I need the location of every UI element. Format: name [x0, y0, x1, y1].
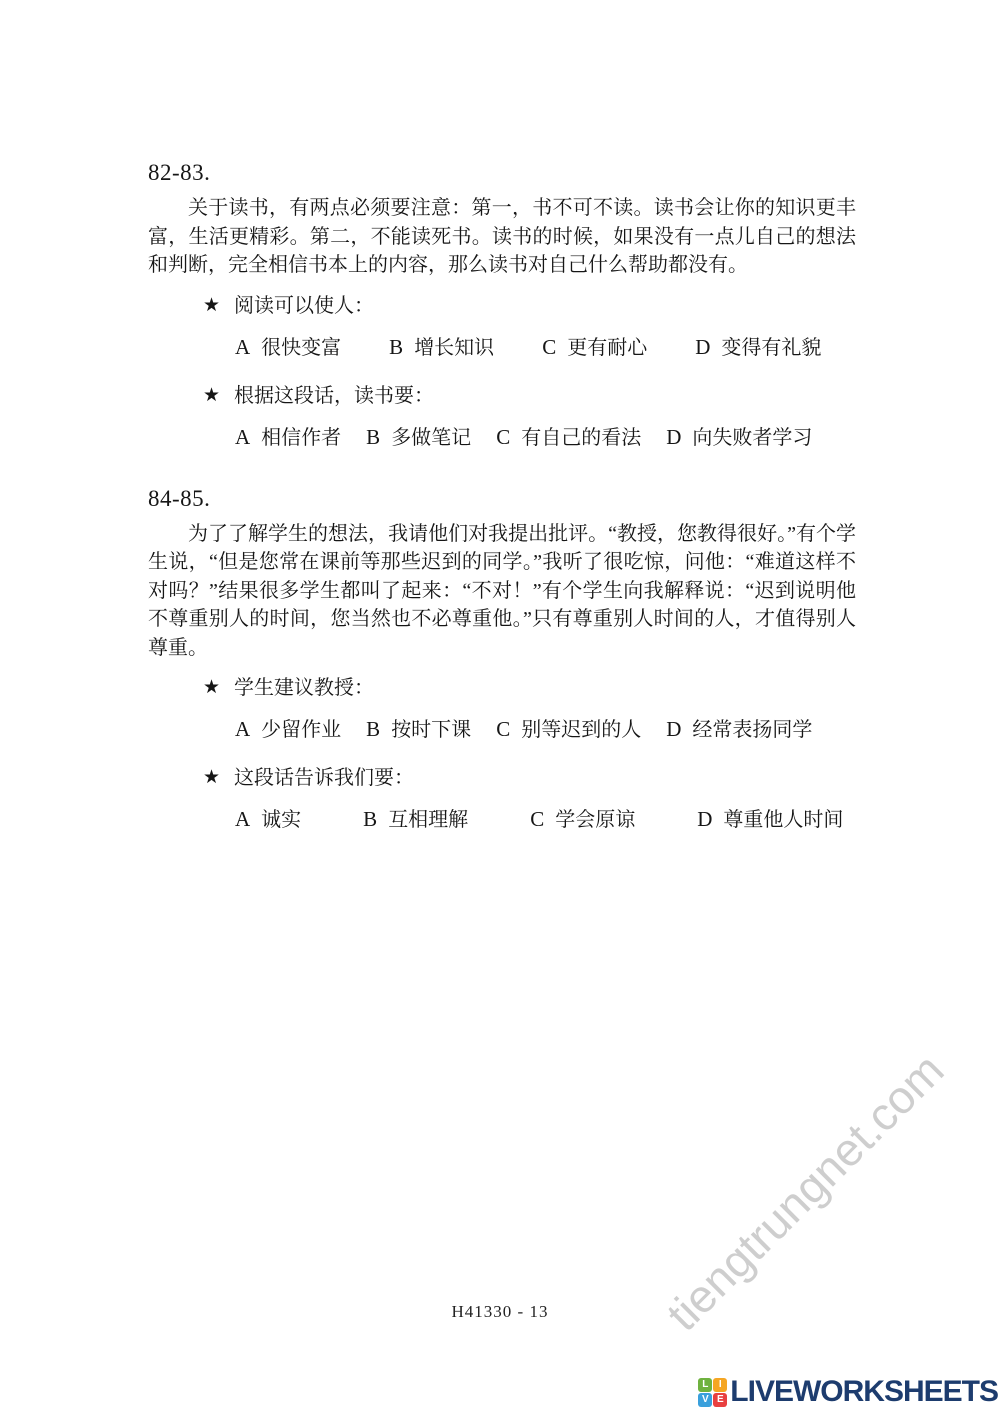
option-a[interactable]: A诚实 — [235, 807, 301, 832]
logo-tile-v: V — [698, 1393, 712, 1407]
question-82: ★阅读可以使人： A很快变富 B增长知识 C更有耐心 D变得有礼貌 — [148, 294, 856, 360]
option-label: A — [235, 717, 250, 741]
options-row: A少留作业 B按时下课 C别等迟到的人 D经常表扬同学 — [235, 717, 856, 742]
option-d[interactable]: D尊重他人时间 — [697, 807, 843, 832]
star-icon: ★ — [203, 767, 220, 788]
section-heading-82-83: 82-83. — [148, 160, 856, 186]
star-icon: ★ — [203, 677, 220, 698]
option-text: 少留作业 — [261, 719, 341, 741]
question-prompt: 学生建议教授： — [234, 677, 374, 699]
star-icon: ★ — [203, 295, 220, 316]
option-a[interactable]: A相信作者 — [235, 425, 341, 450]
option-text: 很快变富 — [261, 337, 341, 359]
option-label: C — [530, 807, 544, 831]
option-text: 尊重他人时间 — [723, 809, 843, 831]
option-a[interactable]: A少留作业 — [235, 717, 341, 742]
question-prompt: 这段话告诉我们要： — [234, 767, 414, 789]
option-label: D — [697, 807, 712, 831]
logo-tile-i: I — [713, 1378, 727, 1392]
logo-tile-l: L — [698, 1378, 712, 1392]
option-label: A — [235, 425, 250, 449]
options-row: A很快变富 B增长知识 C更有耐心 D变得有礼貌 — [235, 335, 856, 360]
option-b[interactable]: B互相理解 — [363, 807, 468, 832]
option-c[interactable]: C别等迟到的人 — [496, 717, 641, 742]
option-text: 相信作者 — [261, 427, 341, 449]
option-label: B — [366, 717, 380, 741]
option-label: D — [666, 717, 681, 741]
option-text: 别等迟到的人 — [521, 719, 641, 741]
option-text: 更有耐心 — [567, 337, 647, 359]
option-text: 学会原谅 — [555, 809, 635, 831]
option-text: 经常表扬同学 — [692, 719, 812, 741]
options-row: A相信作者 B多做笔记 C有自己的看法 D向失败者学习 — [235, 425, 856, 450]
option-d[interactable]: D变得有礼貌 — [695, 335, 821, 360]
page-footer-code: H41330 - 13 — [0, 1302, 1000, 1322]
option-text: 诚实 — [261, 809, 301, 831]
liveworksheets-grid-icon: L I V E — [698, 1378, 727, 1407]
option-label: D — [695, 335, 710, 359]
question-85: ★这段话告诉我们要： A诚实 B互相理解 C学会原谅 D尊重他人时间 — [148, 766, 856, 832]
option-text: 变得有礼貌 — [721, 337, 821, 359]
question-83: ★根据这段话，读书要： A相信作者 B多做笔记 C有自己的看法 D向失败者学习 — [148, 384, 856, 450]
option-d[interactable]: D经常表扬同学 — [666, 717, 812, 742]
logo-tile-e: E — [713, 1393, 727, 1407]
option-text: 有自己的看法 — [521, 427, 641, 449]
passage-82-83: 关于读书，有两点必须要注意：第一，书不可不读。读书会让你的知识更丰富，生活更精彩… — [148, 194, 856, 280]
question-prompt: 阅读可以使人： — [234, 295, 374, 317]
option-label: C — [542, 335, 556, 359]
option-text: 多做笔记 — [391, 427, 471, 449]
option-text: 按时下课 — [391, 719, 471, 741]
option-b[interactable]: B多做笔记 — [366, 425, 471, 450]
liveworksheets-wordmark: LIVEWORKSHEETS — [730, 1375, 998, 1409]
passage-84-85: 为了了解学生的想法，我请他们对我提出批评。“教授，您教得很好。”有个学生说，“但… — [148, 520, 856, 663]
question-prompt: 根据这段话，读书要： — [234, 385, 434, 407]
option-c[interactable]: C更有耐心 — [542, 335, 647, 360]
option-label: D — [666, 425, 681, 449]
option-d[interactable]: D向失败者学习 — [666, 425, 812, 450]
option-b[interactable]: B增长知识 — [389, 335, 494, 360]
option-b[interactable]: B按时下课 — [366, 717, 471, 742]
option-c[interactable]: C学会原谅 — [530, 807, 635, 832]
section-heading-84-85: 84-85. — [148, 486, 856, 512]
worksheet-content: 82-83. 关于读书，有两点必须要注意：第一，书不可不读。读书会让你的知识更丰… — [148, 160, 856, 832]
option-label: C — [496, 425, 510, 449]
option-text: 增长知识 — [414, 337, 494, 359]
liveworksheets-logo[interactable]: L I V E LIVEWORKSHEETS — [698, 1375, 998, 1409]
option-label: A — [235, 335, 250, 359]
option-label: A — [235, 807, 250, 831]
options-row: A诚实 B互相理解 C学会原谅 D尊重他人时间 — [235, 807, 856, 832]
option-a[interactable]: A很快变富 — [235, 335, 341, 360]
option-text: 互相理解 — [388, 809, 468, 831]
star-icon: ★ — [203, 385, 220, 406]
option-text: 向失败者学习 — [692, 427, 812, 449]
worksheet-page: 82-83. 关于读书，有两点必须要注意：第一，书不可不读。读书会让你的知识更丰… — [0, 0, 1000, 1414]
option-label: C — [496, 717, 510, 741]
option-label: B — [366, 425, 380, 449]
option-c[interactable]: C有自己的看法 — [496, 425, 641, 450]
question-84: ★学生建议教授： A少留作业 B按时下课 C别等迟到的人 D经常表扬同学 — [148, 676, 856, 742]
option-label: B — [389, 335, 403, 359]
option-label: B — [363, 807, 377, 831]
